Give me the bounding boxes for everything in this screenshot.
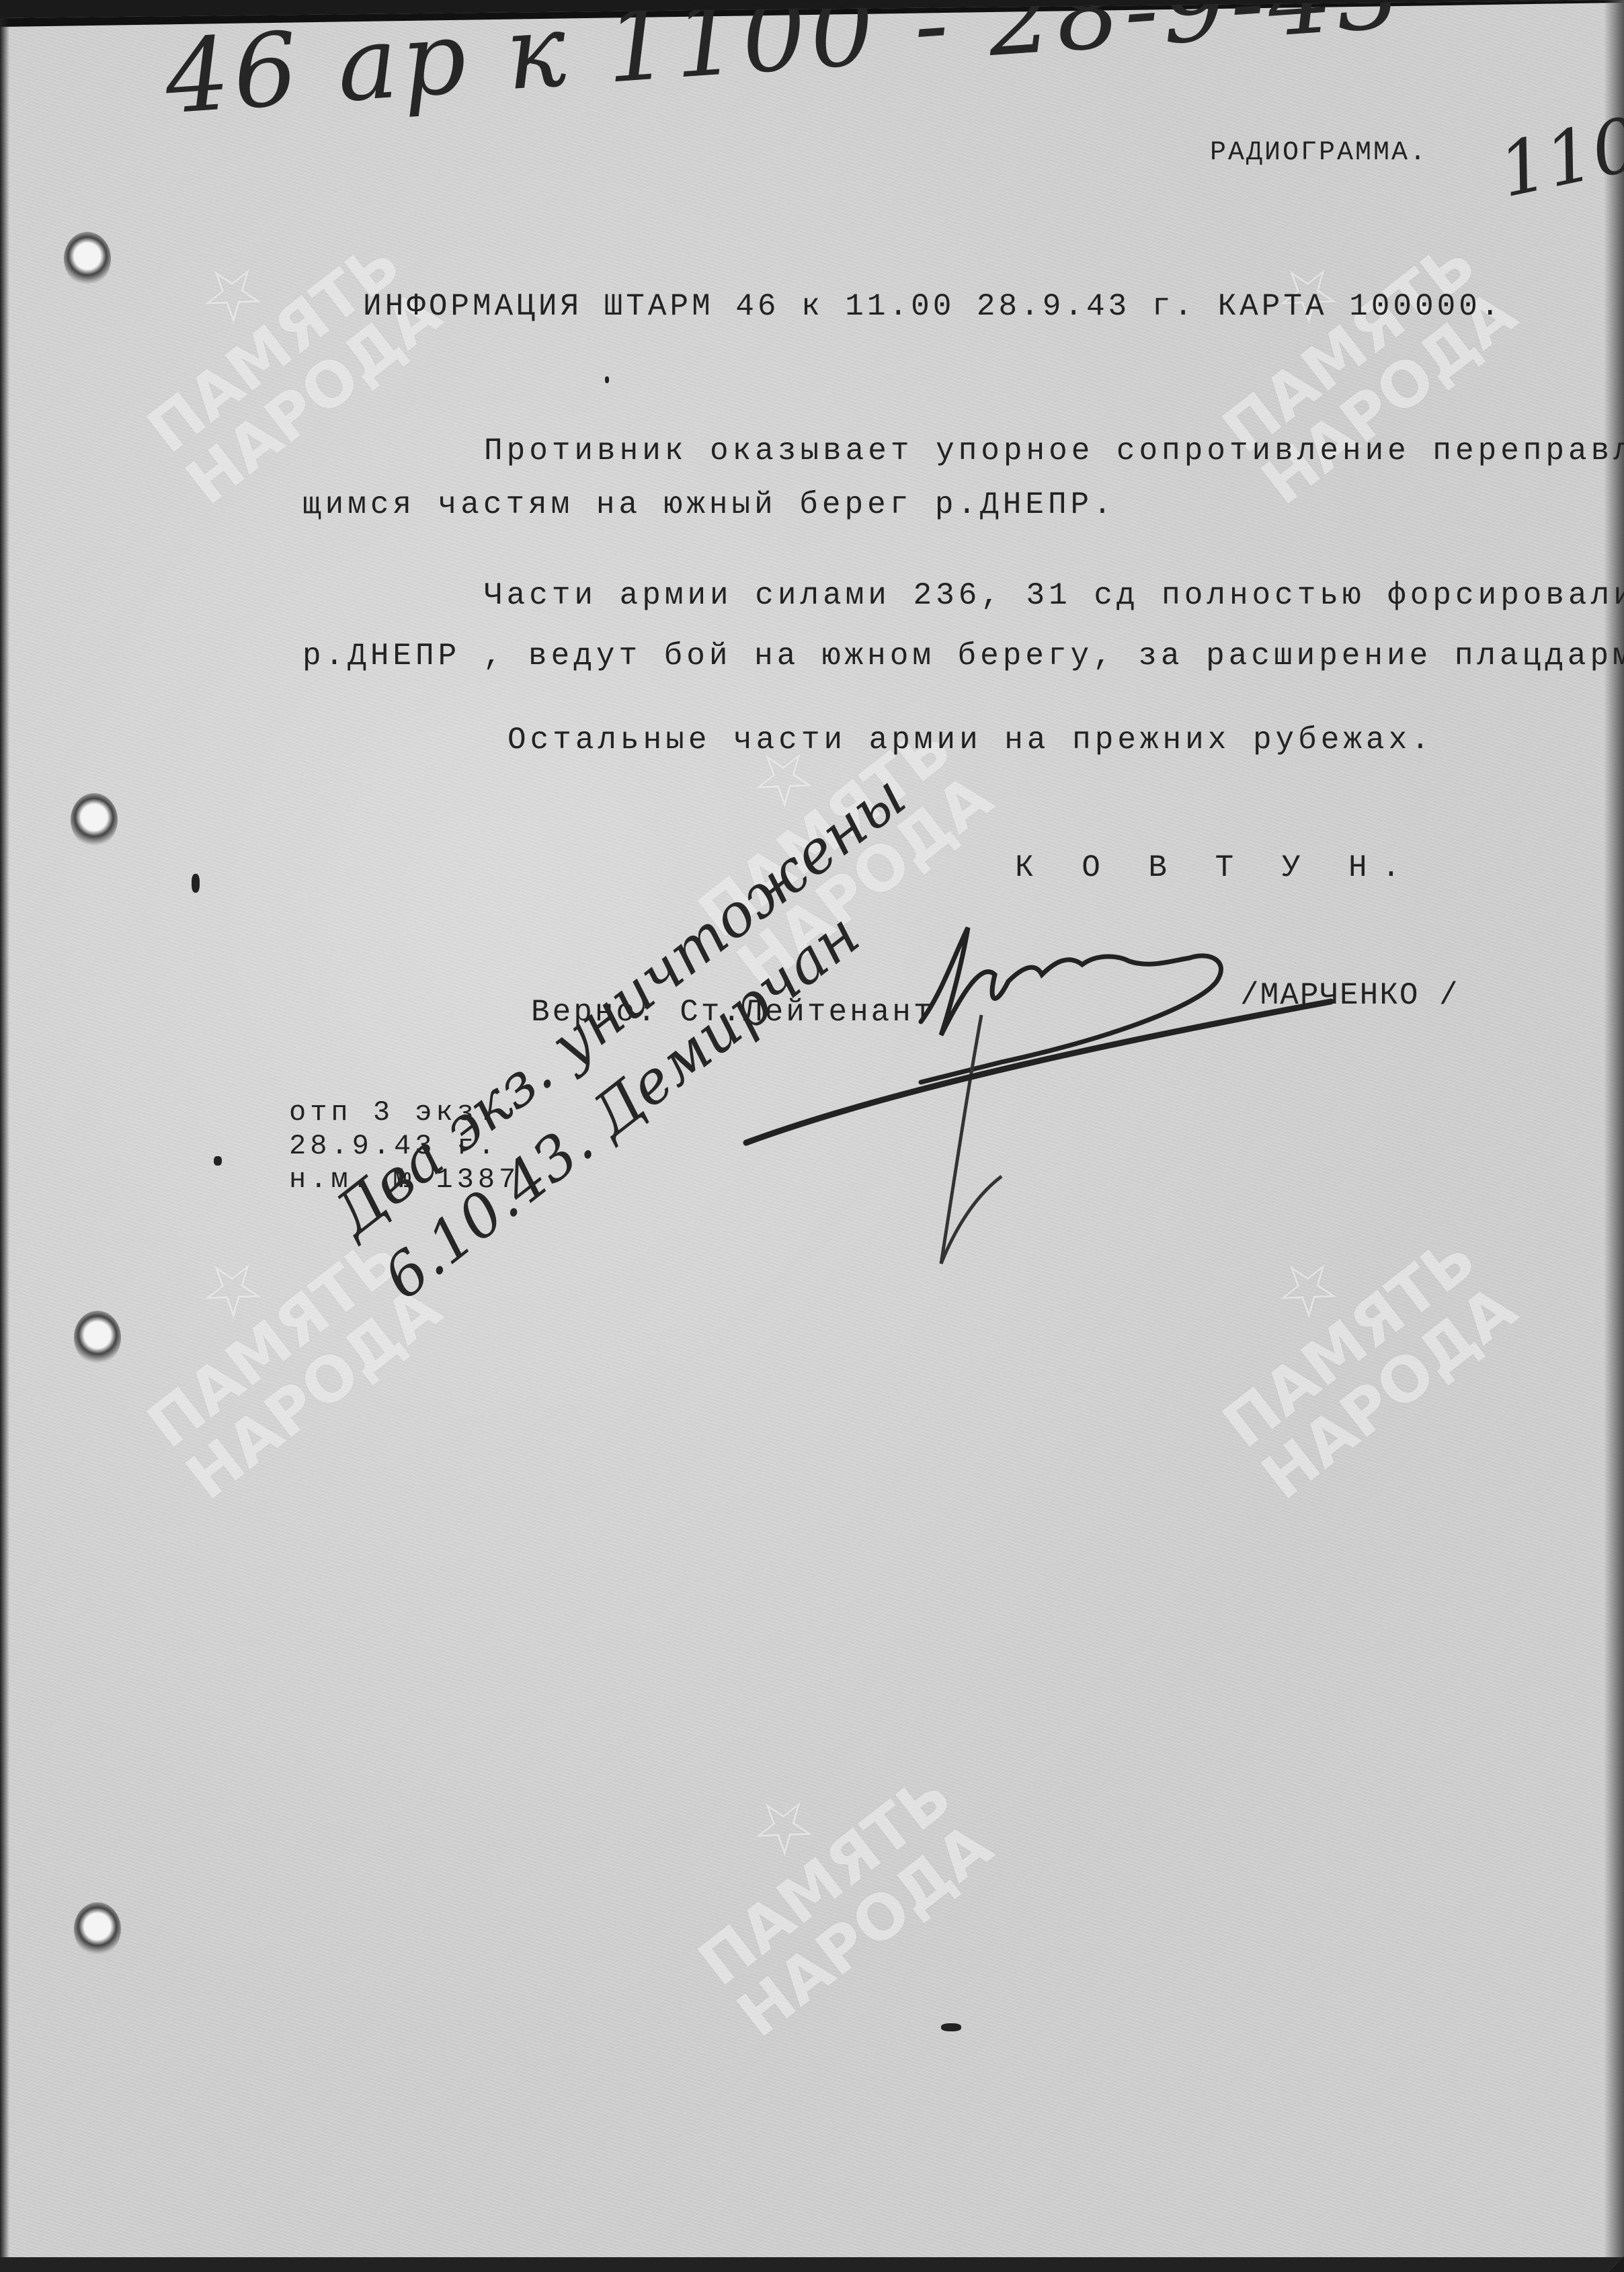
- ink-speck: [192, 874, 200, 893]
- scan-border-left: [0, 0, 9, 2272]
- paragraph-1-line-2: щимся частям на южный берег р.ДНЕПР.: [302, 487, 1116, 522]
- star-icon: ☆: [641, 1703, 924, 1947]
- scan-border-bottom: [0, 2257, 1624, 2272]
- paragraph-3: Остальные части армии на прежних рубежах…: [507, 723, 1434, 758]
- punch-hole: [71, 793, 118, 847]
- document-type-label: РАДИОГРАММА.: [1210, 138, 1428, 168]
- punch-hole: [64, 232, 111, 286]
- scan-border-right: [1604, 0, 1624, 2272]
- watermark: ☆ПАМЯТЬНАРОДА: [641, 1703, 1003, 2048]
- paragraph-2-line-2: р.ДНЕПР , ведут бой на южном берегу, за …: [302, 639, 1624, 674]
- punch-hole: [74, 1311, 121, 1365]
- document-page: ☆ПАМЯТЬНАРОДА ☆ПАМЯТЬНАРОДА ☆ПАМЯТЬНАРОД…: [0, 0, 1624, 2272]
- handwritten-header: 46 ар к 1100 - 28-9-43: [161, 0, 1408, 137]
- document-title: ИНФОРМАЦИЯ ШТАРМ 46 к 11.00 28.9.43 г. К…: [363, 289, 1502, 324]
- ink-speck: [941, 2023, 961, 2031]
- signature-stroke: [739, 975, 1344, 1149]
- star-icon: ☆: [90, 171, 372, 414]
- punch-hole: [74, 1902, 121, 1956]
- ink-speck: [605, 376, 609, 383]
- watermark: ☆ПАМЯТЬНАРОДА: [90, 171, 452, 516]
- signatory-name: К О В Т У Н.: [1015, 850, 1415, 885]
- paragraph-1-line-1: Противник оказывает упорное сопротивлени…: [484, 434, 1624, 469]
- paragraph-2-line-1: Части армии силами 236, 31 сд полностью …: [484, 578, 1624, 613]
- ink-speck: [214, 1156, 222, 1166]
